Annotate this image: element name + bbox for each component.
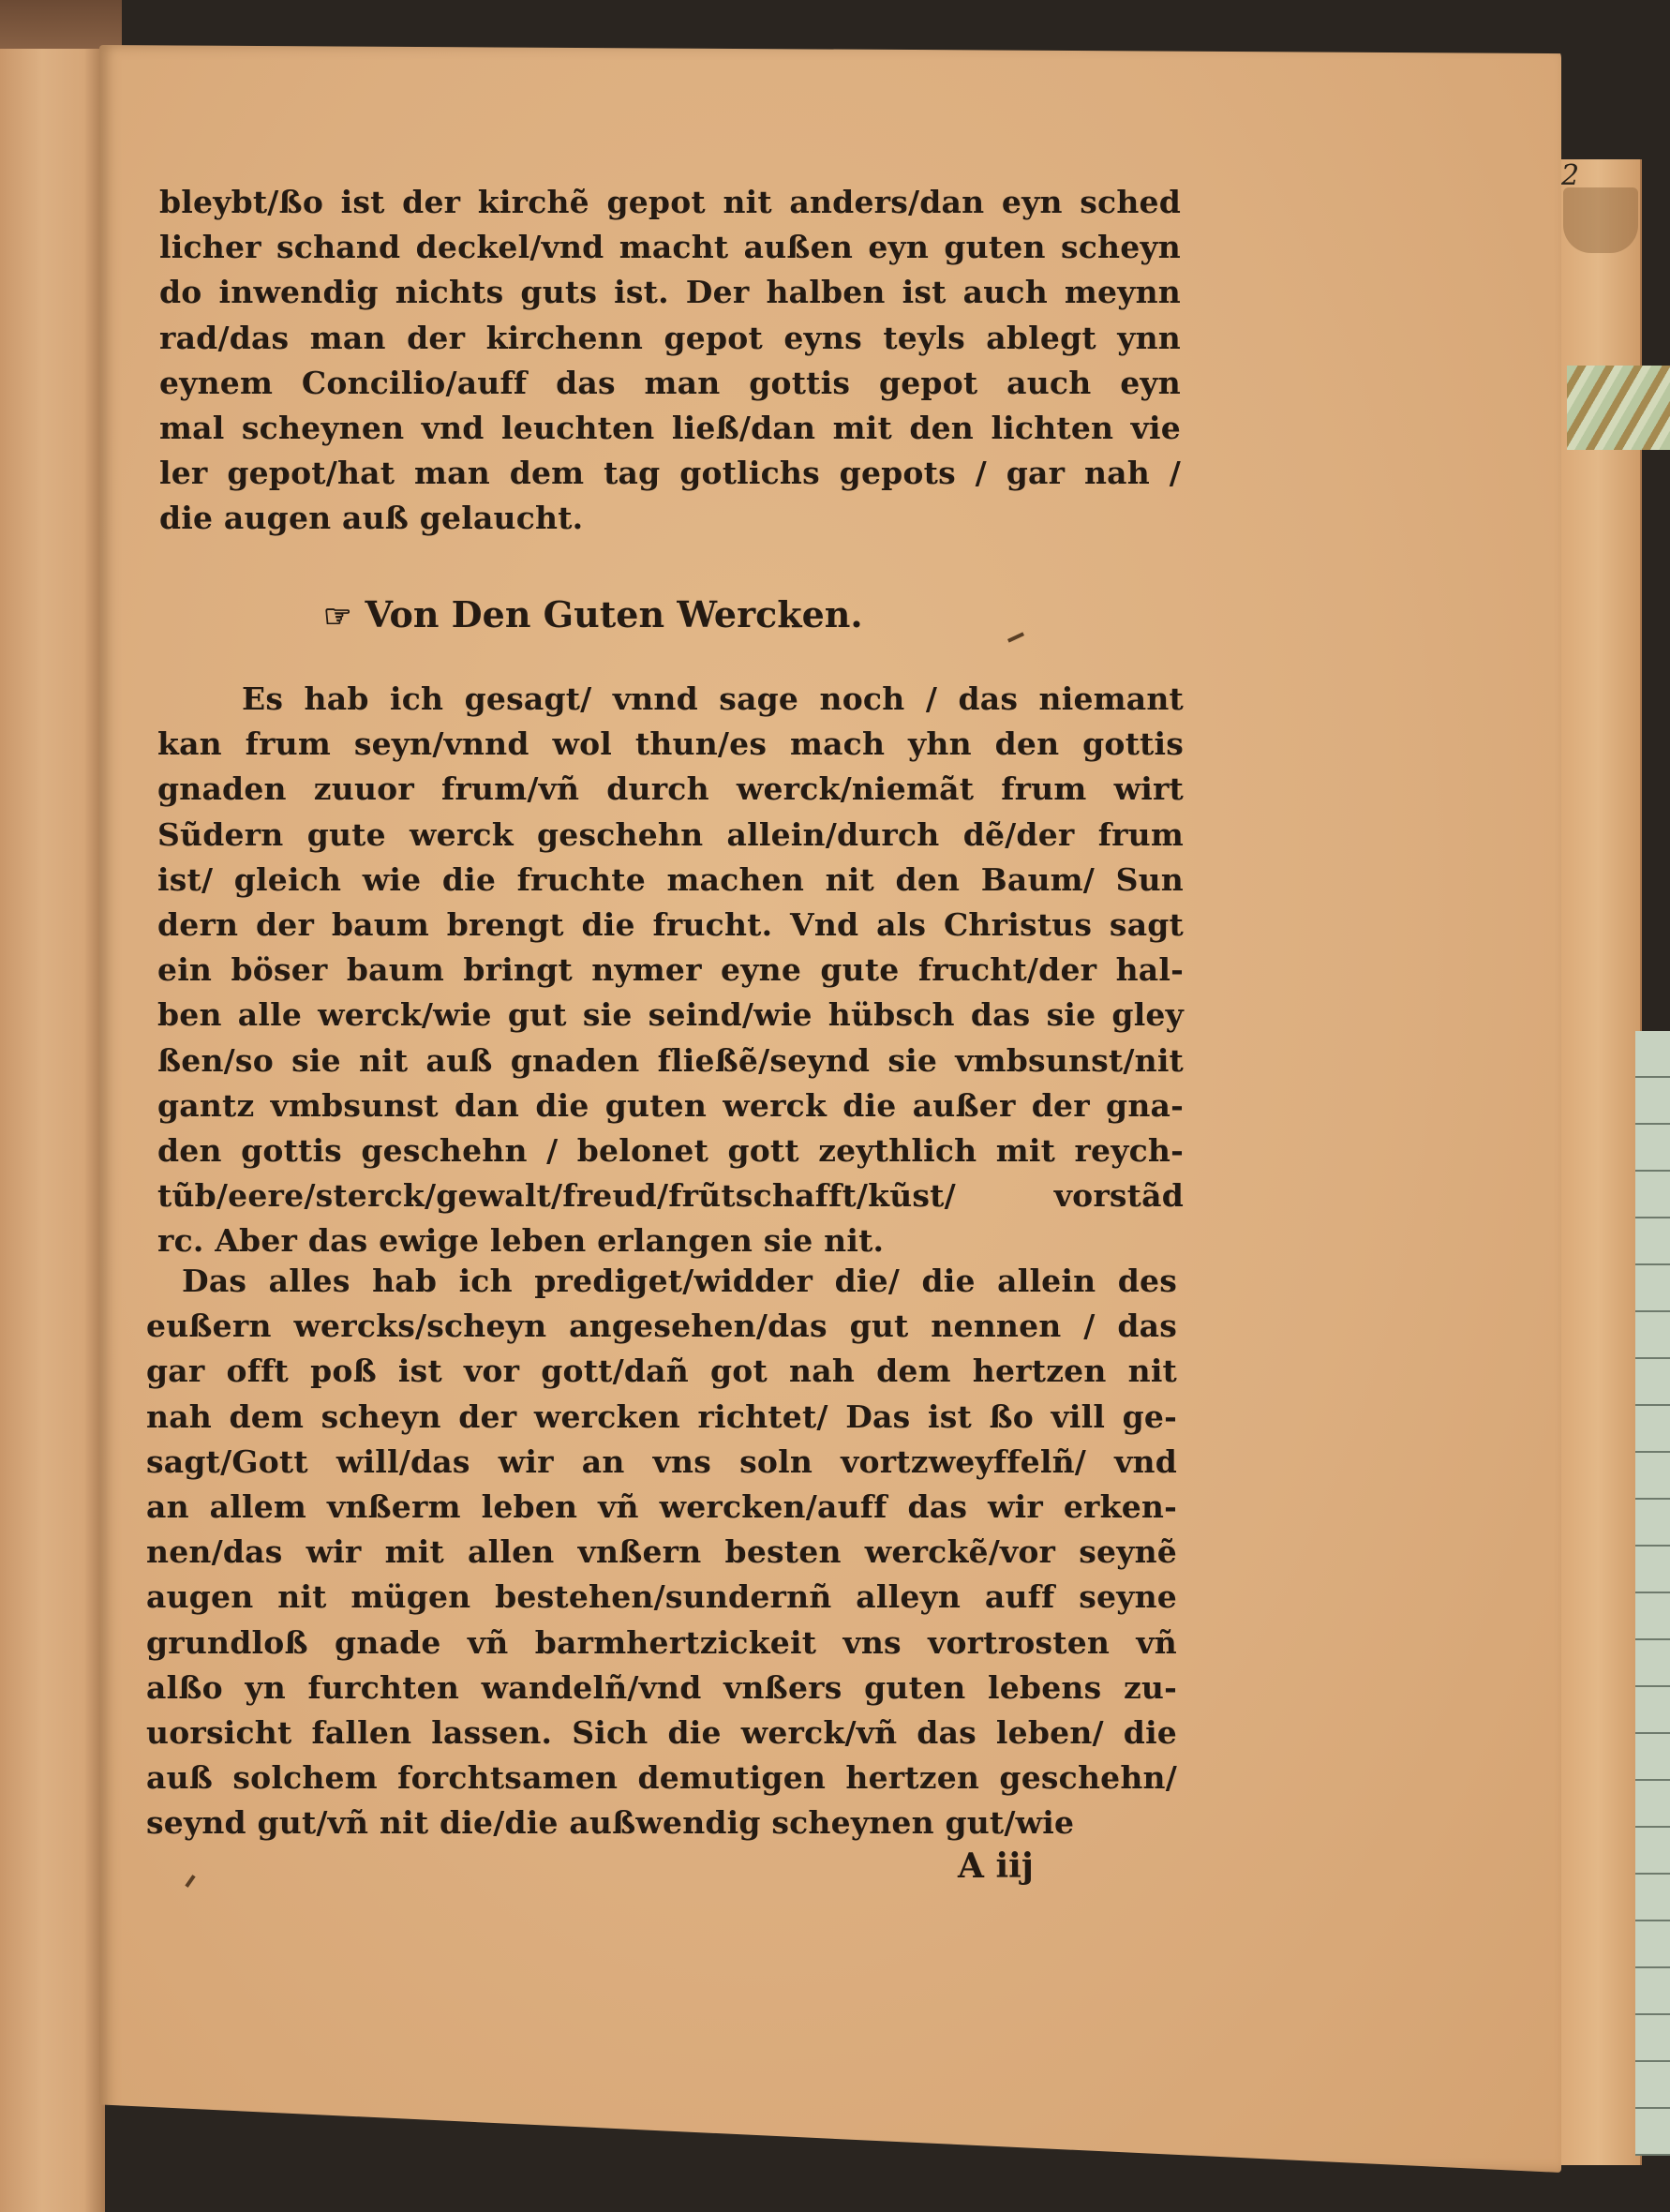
text-line: uorsicht fallen lassen. Sich die werck/v…	[146, 1711, 1177, 1756]
text-line: ler gepot/hat man dem tag gotlichs gepot…	[159, 451, 1181, 496]
text-line: auß solchem forchtsamen demutigen hertze…	[146, 1756, 1177, 1801]
text-line: seynd gut/vñ nit die/die außwendig schey…	[146, 1801, 1177, 1846]
manicule-icon: ☞	[323, 598, 351, 635]
text-line: Sũdern gute werck geschehn allein/durch …	[157, 813, 1184, 858]
measurement-ruler	[1635, 1031, 1670, 2156]
text-line: do inwendig nichts guts ist. Der halben …	[159, 270, 1181, 315]
text-line: ein böser baum bringt nymer eyne gute fr…	[157, 948, 1184, 993]
text-line: gantz vmbsunst dan die guten werck die a…	[157, 1084, 1184, 1128]
paragraph-3: Das alles hab ich prediget/widder die/ d…	[146, 1259, 1177, 1846]
paragraph-2: Es hab ich gesagt/ vnnd sage noch / das …	[157, 677, 1184, 1264]
text-line: rc. Aber das ewige leben erlangen sie ni…	[157, 1218, 1184, 1263]
water-stain	[1563, 187, 1638, 253]
text-line: mal scheynen vnd leuchten ließ/dan mit d…	[159, 406, 1181, 451]
text-line: Das alles hab ich prediget/widder die/ d…	[146, 1259, 1177, 1304]
marbled-endpaper	[1567, 366, 1670, 450]
handwritten-margin-note: 2	[1561, 159, 1579, 192]
text-line: ben alle werck/wie gut sie seind/wie hüb…	[157, 993, 1184, 1038]
paragraph-1: bleybt/ßo ist der kirchẽ gepot nit ander…	[159, 180, 1181, 542]
text-line: tũb/eere/sterck/gewalt/freud/frũtschafft…	[157, 1173, 1184, 1218]
text-line: die augen auß gelaucht.	[159, 496, 1181, 541]
text-line: ist/ gleich wie die fruchte machen nit d…	[157, 858, 1184, 903]
text-line: ßen/so sie nit auß gnaden fließẽ/seynd s…	[157, 1039, 1184, 1084]
text-line: alßo yn furchten wandelñ/vnd vnßers gute…	[146, 1666, 1177, 1711]
text-line: sagt/Gott will/das wir an vns soln vortz…	[146, 1440, 1177, 1485]
text-line: nah dem scheyn der wercken richtet/ Das …	[146, 1395, 1177, 1440]
text-line: den gottis geschehn / belonet gott zeyth…	[157, 1128, 1184, 1173]
text-line: augen nit mügen bestehen/sundernñ alleyn…	[146, 1575, 1177, 1620]
text-line: an allem vnßerm leben vñ wercken/auff da…	[146, 1485, 1177, 1530]
text-line: eynem Concilio/auff das man gottis gepot…	[159, 361, 1181, 406]
heading-title: Von Den Guten Wercken.	[365, 593, 862, 635]
text-line: kan frum seyn/vnnd wol thun/es mach yhn …	[157, 722, 1184, 767]
text-line: gnaden zuuor frum/vñ durch werck/niemãt …	[157, 767, 1184, 812]
text-line: Es hab ich gesagt/ vnnd sage noch / das …	[157, 677, 1184, 722]
text-line: gar offt poß ist vor gott/dañ got nah de…	[146, 1349, 1177, 1394]
text-line: bleybt/ßo ist der kirchẽ gepot nit ander…	[159, 180, 1181, 225]
page-stack-edge	[1556, 159, 1642, 2165]
facing-page-edge	[0, 49, 105, 2212]
text-line: licher schand deckel/vnd macht außen eyn…	[159, 225, 1181, 270]
section-heading: ☞Von Den Guten Wercken.	[323, 593, 863, 635]
text-line: grundloß gnade vñ barmhertzickeit vns vo…	[146, 1621, 1177, 1666]
signature-mark: A iij	[958, 1846, 1034, 1886]
text-line: nen/das wir mit allen vnßern besten werc…	[146, 1530, 1177, 1575]
text-line: eußern wercks/scheyn angesehen/das gut n…	[146, 1304, 1177, 1349]
text-line: dern der baum brengt die frucht. Vnd als…	[157, 903, 1184, 948]
text-line: rad/das man der kirchenn gepot eyns teyl…	[159, 316, 1181, 361]
